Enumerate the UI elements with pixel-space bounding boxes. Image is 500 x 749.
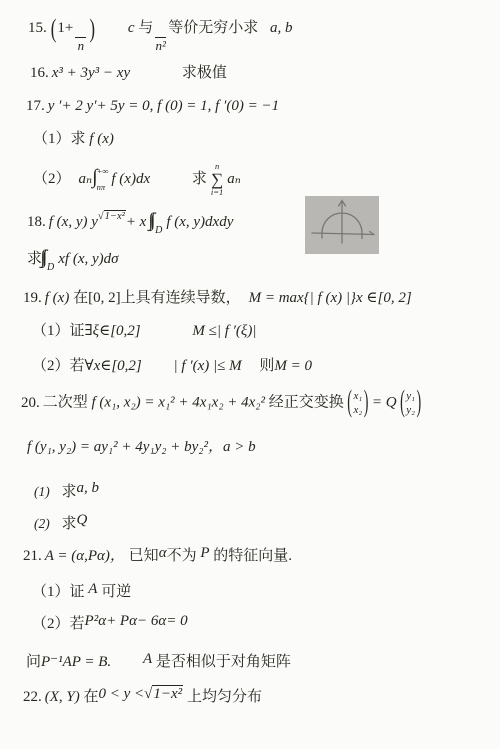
problem-19-part-1: （1）证∃ξ∈[0,2] M ≤| f ′(ξ)| [32,322,256,341]
problem-number: 21. [23,548,42,564]
problem-21-part-2: （2）若P²α+ Pα− 6α= 0 [32,612,188,634]
right-paren: ) [416,384,421,423]
problem-20-part-1: (1) 求a, b [34,479,99,502]
problem-number: 15. [28,20,47,36]
radical: √1−x² [144,685,183,702]
lower-limit: nπ [97,183,109,192]
chinese-text: 求 [27,251,42,267]
chinese-text: 可逆 [101,584,131,600]
chinese-text: 二次型 [43,395,88,411]
chinese-text: 若 [70,358,85,374]
radical-sign: √ [98,211,104,222]
chinese-text: 则 [259,358,274,374]
math-text: M = max{| f (x) |}x ∈[0, 2] [249,290,412,306]
problem-17-part-2: （2）aₙ∫+∞nπf (x)dx 求n∑i=1aₙ [33,162,241,197]
chinese-text: 已知 [129,548,159,564]
fraction-numerator [155,30,166,38]
problem-17: 17.y ′+ 2 y′+ 5y = 0, f (0) = 1, f ′(0) … [26,97,279,116]
problem-number: 18. [27,214,46,230]
part-number: （2） [32,358,70,374]
problem-15: 15.(1+n) c 与n²等价无穷小求 a, b [28,18,293,53]
math-text: 1+ [57,20,73,36]
math-text: f (x) [45,290,70,306]
integral-region: D [47,262,54,273]
math-text: P⁻¹AP = B. [41,654,111,670]
math-text: xf (x, y)dσ [58,251,118,267]
chinese-text: 与 [138,20,153,36]
upper-limit: +∞ [97,167,109,176]
integral-region: D [155,225,162,236]
chinese-text: 若 [70,616,85,632]
fraction-denominator: n² [156,38,166,53]
right-paren: ) [89,12,95,45]
vector-entry: y₂ [406,403,415,417]
fraction: n² [155,30,166,53]
chinese-text: 在[0, 2]上具有连续导数， [73,290,241,306]
part-number: (2) [34,516,50,531]
problem-number: 20. [21,395,40,411]
problem-18: 18.f (x, y) y√1−x²+ x ∫∫Df (x, y)dxdy [27,209,233,238]
math-text: A = (α,Pα)， [45,548,125,564]
part-number: （1） [32,323,70,339]
left-paren: ( [51,12,57,45]
chinese-text: 求极值 [182,65,227,81]
chinese-text: 求 [62,484,77,500]
math-text: ∃ξ∈[0,2] [85,323,141,339]
vector-entry: x₂ [353,403,362,417]
part-number: （2） [33,171,71,187]
sigma-sign: ∑ [211,171,223,188]
summation: n∑i=1 [211,162,223,197]
chinese-text: 不为 [167,548,197,564]
math-text: Q [77,512,88,528]
math-text: M = 0 [274,358,312,374]
math-text: (X, Y) [45,689,80,705]
math-text: aₙ [79,171,93,187]
problem-19-part-2: （2）若∀x∈[0,2] | f ′(x) |≤ M 则M = 0 [32,357,312,376]
chinese-text: 证 [70,584,85,600]
math-text: 0 < y < [99,686,145,702]
problem-number: 19. [23,290,42,306]
math-text: f (x)dx [111,171,150,187]
math-text: x³ + 3y³ − xy [52,65,130,81]
figure-semicircle-sketch [305,196,379,254]
math-text: M ≤| f ′(ξ)| [192,323,256,339]
chinese-text: 是否相似于对角矩阵 [156,654,291,670]
vector-entry: x₁ [353,389,362,403]
problem-21-part-1: （1）证 A 可逆 [32,580,131,602]
math-text: a, b [270,20,293,36]
problem-20: 20.二次型 f (x₁, x₂) = x₁² + 4x₁x₂ + 4x₂² 经… [21,389,425,418]
fraction-numerator [75,30,86,38]
math-text: c [128,20,135,36]
problem-21: 21.A = (α,Pα)， 已知α不为 P 的特征向量. [23,544,292,566]
left-paren: ( [400,384,405,423]
radicand: 1−x² [152,685,183,702]
math-text: f (x) [89,131,114,147]
chinese-text: 等价无穷小求 [168,20,258,36]
math-text: A [88,581,97,597]
problem-number: 16. [30,65,49,81]
chinese-text: 的特征向量. [213,548,292,564]
problem-20-part-2: (2) 求Q [34,511,87,534]
problem-20-equation-2: f (y₁, y₂) = ay₁² + 4y₁y₂ + by₂²，a > b [27,438,256,457]
chinese-text: 证 [70,323,85,339]
problem-17-part-1: （1）求 f (x) [33,130,114,149]
radical-superscript: √1−x² [98,210,126,222]
part-number: （1） [32,584,70,600]
problem-number: 22. [23,689,42,705]
left-paren: ( [347,384,352,423]
math-text: y ′+ 2 y′+ 5y = 0, f (0) = 1, f ′(0) = −… [48,98,279,114]
math-text: ∀x∈[0,2] [85,358,142,374]
vector-entry: y₁ [406,389,415,403]
math-text: α [159,545,167,561]
integral-limits: +∞nπ [97,167,109,191]
math-text: f (x, y) y [49,214,98,230]
problem-number: 17. [26,98,45,114]
math-text: + x [126,214,147,230]
chinese-text: 问 [26,654,41,670]
column-vector-x: (x₁x₂) [346,389,370,418]
part-number: (1) [34,484,50,499]
problem-22: 22.(X, Y) 在0 < y <√1−x² 上均匀分布 [23,685,262,707]
problem-21-question: 问P⁻¹AP = B. A 是否相似于对角矩阵 [26,650,291,672]
chinese-text: 求 [71,131,86,147]
column-vector-y: (y₁y₂) [399,389,423,418]
chinese-text: 在 [84,689,99,705]
math-text: = Q [372,395,397,411]
right-paren: ) [364,384,369,423]
part-number: （1） [33,131,71,147]
problem-18-question: 求∫∫Dxf (x, y)dσ [27,246,119,275]
chinese-text: 上均匀分布 [187,689,262,705]
fraction: n [75,30,86,53]
math-text: a, b [77,480,100,496]
math-text: A [143,651,152,667]
problem-16: 16.x³ + 3y³ − xy 求极值 [30,64,227,83]
math-problem-sheet: 15.(1+n) c 与n²等价无穷小求 a, b 16.x³ + 3y³ − … [0,0,500,749]
part-number: （2） [32,616,70,632]
math-text: aₙ [227,171,241,187]
math-text: P [200,545,209,561]
problem-19: 19.f (x) 在[0, 2]上具有连续导数，M = max{| f (x) … [23,289,412,308]
math-text: f (y₁, y₂) = ay₁² + 4y₁y₂ + by₂²，a > b [27,439,256,455]
math-text: | f ′(x) |≤ M [174,358,242,374]
sum-lower: i=1 [211,188,223,197]
radicand: 1−x² [104,210,126,222]
chinese-text: 求 [62,516,77,532]
chinese-text: 求 [192,171,207,187]
math-text: P²α+ Pα− 6α= 0 [85,613,188,629]
math-text: f (x₁, x₂) = x₁² + 4x₁x₂ + 4x₂² [92,395,266,411]
fraction-denominator: n [78,38,85,53]
chinese-text: 经正交变换 [269,395,344,411]
math-text: f (x, y)dxdy [166,214,233,230]
